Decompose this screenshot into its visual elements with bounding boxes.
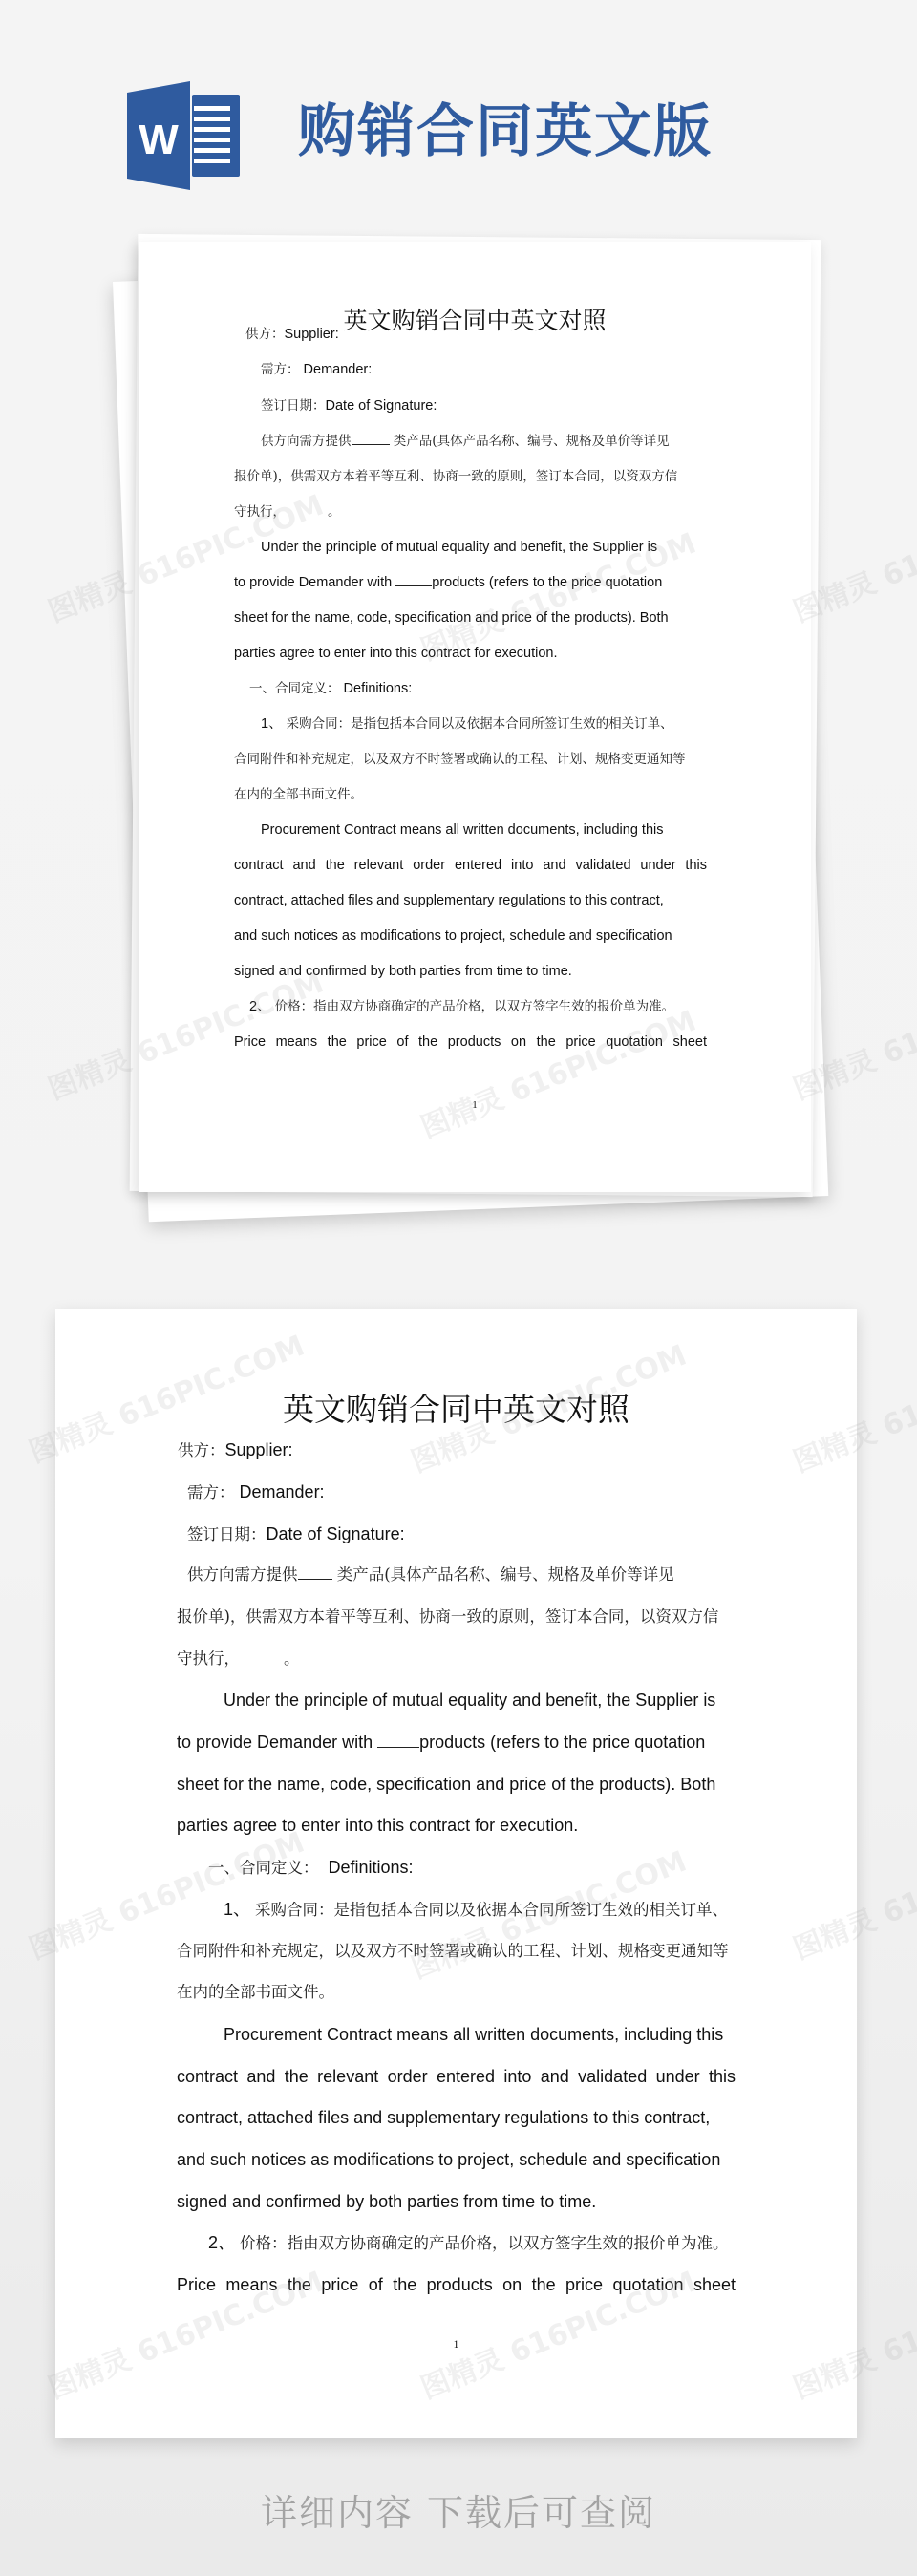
section-definitions-heading: 一、合同定义： Definitions:	[208, 1856, 414, 1880]
item1-en-line-4: and such notices as modifications to pro…	[234, 926, 672, 946]
demander-line: 需方： Demander:	[187, 1480, 325, 1504]
item1-zh-line-2: 合同附件和补充规定，以及双方不时签署或确认的工程、计划、规格变更通知等	[234, 750, 686, 769]
intro-zh-line-2: 报价单)，供需双方本着平等互利、协商一致的原则，签订本合同，以资双方信	[234, 467, 677, 486]
banner-header: W 购销合同英文版	[0, 0, 917, 229]
intro-en-line-3: sheet for the name, code, specification …	[177, 1773, 715, 1796]
item2-en-line: Price means the price of the products on…	[234, 1033, 707, 1052]
item1-en-line-5: signed and confirmed by both parties fro…	[177, 2190, 596, 2213]
document-page-preview-large: 英文购销合同中英文对照 供方：Supplier: 需方： Demander: 签…	[55, 1309, 857, 2438]
document-title: 英文购销合同中英文对照	[55, 1385, 857, 1430]
item1-zh-line-1: 1、 采购合同：是指包括本合同以及依据本合同所签订生效的相关订单、	[261, 714, 673, 734]
intro-en-line-1: Under the principle of mutual equality a…	[224, 1689, 715, 1712]
intro-zh-line-1: 供方向需方提供 类产品(具体产品名称、编号、规格及单价等详见	[187, 1564, 674, 1586]
intro-en-line-2: to provide Demander with products (refer…	[177, 1731, 705, 1754]
document-page-preview-small: 英文购销合同中英文对照 供方：Supplier: 需方： Demander: 签…	[139, 242, 811, 1192]
item2-en-line: Price means the price of the products on…	[177, 2273, 736, 2296]
intro-en-line-1: Under the principle of mutual equality a…	[261, 538, 657, 557]
supplier-line: 供方：Supplier:	[178, 1438, 293, 1462]
item2-zh-line: 2、 价格：指由双方协商确定的产品价格，以双方签字生效的报价单为准。	[249, 997, 674, 1016]
blank-field	[298, 1565, 332, 1580]
item2-zh-line: 2、 价格：指由双方协商确定的产品价格，以双方签字生效的报价单为准。	[208, 2231, 729, 2255]
date-line: 签订日期：Date of Signature:	[187, 1522, 405, 1546]
blank-field	[352, 432, 390, 445]
intro-en-line-2: to provide Demander with products (refer…	[234, 573, 662, 592]
item1-zh-line-1: 1、 采购合同：是指包括本合同以及依据本合同所签订生效的相关订单、	[224, 1898, 728, 1922]
item1-zh-line-2: 合同附件和补充规定，以及双方不时签署或确认的工程、计划、规格变更通知等	[177, 1940, 729, 1963]
item1-zh-line-3: 在内的全部书面文件。	[177, 1981, 334, 2004]
page-number: 1	[139, 1099, 811, 1111]
date-line: 签订日期：Date of Signature:	[261, 396, 437, 415]
page-number: 1	[55, 2337, 857, 2352]
intro-en-line-4: parties agree to enter into this contrac…	[234, 644, 558, 663]
supplier-line: 供方：Supplier:	[245, 325, 339, 344]
intro-en-line-3: sheet for the name, code, specification …	[234, 608, 669, 628]
download-hint: 详细内容 下载后可查阅	[0, 2483, 917, 2536]
intro-zh-line-2: 报价单)，供需双方本着平等互利、协商一致的原则，签订本合同，以资双方信	[177, 1606, 718, 1629]
item1-en-line-2: contract and the relevant order entered …	[234, 856, 707, 875]
demander-line: 需方： Demander:	[261, 360, 372, 379]
item1-en-line-3: contract, attached files and supplementa…	[177, 2106, 710, 2129]
item1-zh-line-3: 在内的全部书面文件。	[234, 785, 363, 804]
intro-zh-line-3: 守执行，。	[177, 1648, 300, 1671]
blank-field	[395, 573, 432, 586]
svg-text:W: W	[139, 117, 179, 163]
item1-en-line-1: Procurement Contract means all written d…	[261, 820, 664, 840]
blank-field	[377, 1733, 419, 1748]
banner-title: 购销合同英文版	[298, 94, 713, 170]
item1-en-line-1: Procurement Contract means all written d…	[224, 2023, 723, 2046]
item1-en-line-4: and such notices as modifications to pro…	[177, 2148, 720, 2171]
word-document-icon: W	[127, 81, 244, 190]
item1-en-line-3: contract, attached files and supplementa…	[234, 891, 664, 910]
intro-zh-line-1: 供方向需方提供 类产品(具体产品名称、编号、规格及单价等详见	[261, 432, 670, 451]
item1-en-line-5: signed and confirmed by both parties fro…	[234, 962, 572, 981]
section-definitions-heading: 一、合同定义： Definitions:	[249, 679, 412, 698]
item1-en-line-2: contract and the relevant order entered …	[177, 2065, 736, 2088]
intro-zh-line-3: 守执行，。	[234, 502, 341, 522]
intro-en-line-4: parties agree to enter into this contrac…	[177, 1814, 578, 1837]
document-title: 英文购销合同中英文对照	[139, 302, 811, 336]
